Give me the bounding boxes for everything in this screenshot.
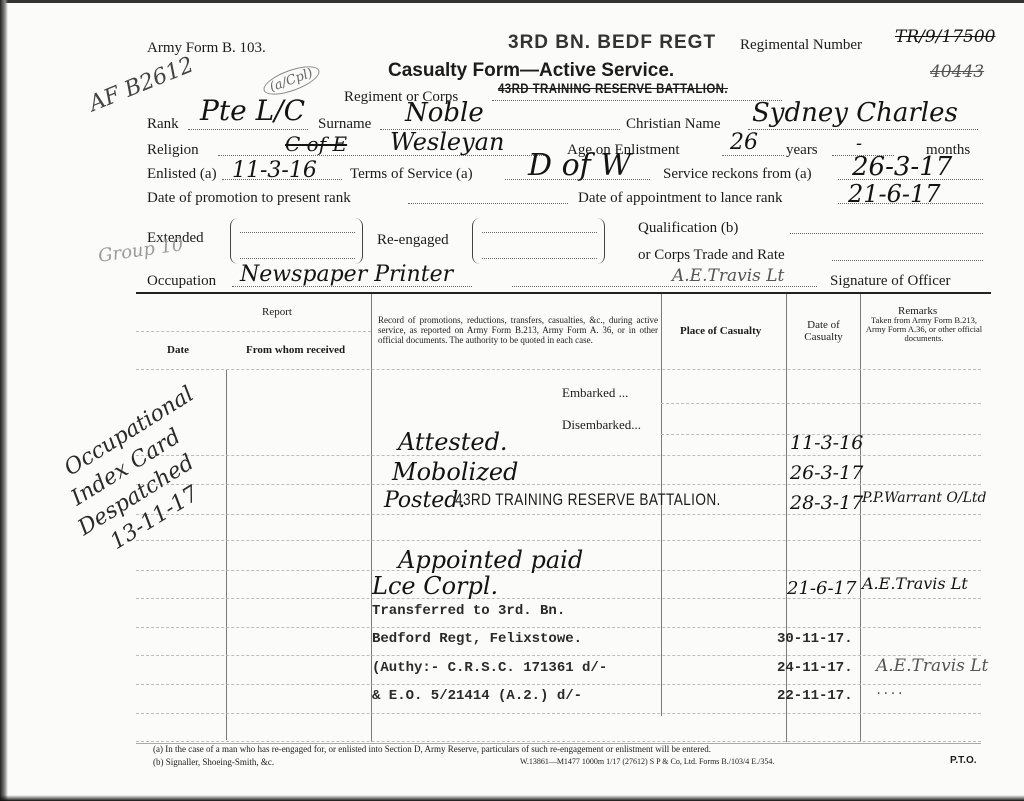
surname-label: Surname <box>318 116 371 133</box>
record-lce-corpl: Lce Corpl. <box>372 572 498 600</box>
terms-value: D of W <box>528 148 631 183</box>
surname-value: Noble <box>405 98 484 128</box>
record-mobilized: Mobolized <box>392 458 518 486</box>
remarks-lce-corpl: A.E.Travis Lt <box>862 574 968 593</box>
disembarked-label: Disembarked... <box>562 417 641 433</box>
regiment-field <box>492 100 782 101</box>
footnote-b: (b) Signaller, Shoeing-Smith, &c. <box>153 757 274 767</box>
enlisted-value: 11-3-16 <box>232 158 317 183</box>
regiment-value-struck: 43RD TRAINING RESERVE BATTALION. <box>498 80 728 96</box>
promotion-date-field <box>408 203 568 204</box>
religion-label: Religion <box>147 142 199 159</box>
row-line <box>136 684 981 685</box>
margin-note: Occupational Index Card Despatched 13-11… <box>60 382 244 555</box>
report-divider <box>136 331 371 332</box>
header-place-casualty: Place of Casualty <box>680 325 761 337</box>
remarks-authority: A.E.Travis Lt <box>876 656 988 676</box>
record-posted: Posted. <box>384 488 465 513</box>
service-reckons-value: 26-3-17 <box>852 152 952 182</box>
signature-label: Signature of Officer <box>830 273 951 290</box>
record-eo: & E.O. 5/21414 (A.2.) d/- <box>372 688 582 704</box>
row-line <box>661 403 981 404</box>
unit-stamp: 3RD BN. BEDF REGT <box>508 32 716 54</box>
christian-name-value: Sydney Charles <box>752 98 958 128</box>
col-divider-datecas <box>860 294 861 742</box>
enlisted-label: Enlisted (a) <box>147 166 217 183</box>
date-attested: 11-3-16 <box>790 432 863 454</box>
header-bottom-line <box>136 369 981 370</box>
form-title: Casualty Form—Active Service. <box>388 60 674 82</box>
date-eo: 22-11-17. <box>777 688 853 704</box>
pto-label: P.T.O. <box>950 755 977 766</box>
scan-bottom-edge <box>0 795 1024 801</box>
form-number: Army Form B. 103. <box>147 40 266 57</box>
row-line <box>136 514 981 515</box>
age-months-value: - <box>856 133 862 154</box>
extended-field-1 <box>240 232 355 233</box>
age-years-field <box>722 155 784 156</box>
margin-reference: AF B2612 <box>86 52 198 117</box>
rank-label: Rank <box>147 116 179 133</box>
reengaged-label: Re-engaged <box>377 232 449 249</box>
christian-name-label: Christian Name <box>626 116 721 133</box>
extended-field-2 <box>240 258 355 259</box>
scan-left-edge <box>0 0 8 801</box>
age-years-value: 26 <box>730 130 758 155</box>
date-posted: 28-3-17 <box>790 492 863 514</box>
record-appointed: Appointed paid <box>398 546 583 574</box>
christian-name-field <box>748 129 978 130</box>
remarks-eo: .... <box>875 684 904 698</box>
remarks-posted: P.P.Warrant O/Ltd <box>862 490 987 506</box>
religion-struck: C of E <box>285 132 347 156</box>
trade-field <box>832 260 983 261</box>
row-line <box>136 627 981 628</box>
date-mobilized: 26-3-17 <box>790 462 863 484</box>
regimental-number-label: Regimental Number <box>740 37 862 54</box>
reengaged-field-1 <box>482 232 597 233</box>
header-date-casualty: Date of Casualty <box>796 319 851 343</box>
service-reckons-label: Service reckons from (a) <box>663 166 812 183</box>
officer-signature: A.E.Travis Lt <box>672 266 784 286</box>
rank-value: Pte L/C <box>200 94 305 127</box>
header-record: Record of promotions, reductions, transf… <box>378 315 658 345</box>
promotion-date-label: Date of promotion to present rank <box>147 190 351 207</box>
header-from-whom: From whom received <box>246 344 345 356</box>
print-reference: W.13861—M1477 1000m 1/17 (27612) S P & C… <box>520 757 774 766</box>
religion-value: Wesleyan <box>390 128 504 156</box>
embarked-label: Embarked ... <box>562 385 628 401</box>
group-annotation: Group 10 <box>97 234 185 267</box>
occupation-value: Newspaper Printer <box>240 262 453 287</box>
record-authority: (Authy:- C.R.S.C. 171361 d/- <box>372 660 607 676</box>
record-bedford: Bedford Regt, Felixstowe. <box>372 631 582 647</box>
row-line <box>136 540 981 541</box>
date-bedford: 30-11-17. <box>777 631 853 647</box>
qualification-field <box>790 233 983 234</box>
record-posted-stamp: 43RD TRAINING RESERVE BATTALION. <box>455 490 721 510</box>
lance-rank-value: 21-6-17 <box>848 180 941 208</box>
rank-field <box>188 129 308 130</box>
row-line <box>136 713 981 714</box>
reengaged-field-2 <box>482 258 597 259</box>
regimental-number-struck: TR/9/17500 <box>895 27 996 47</box>
row-line <box>136 741 981 742</box>
header-remarks-sub: Taken from Army Form B.213, Army Form A.… <box>862 316 986 343</box>
row-line <box>136 655 981 656</box>
row-line <box>136 484 981 485</box>
date-lce-corpl: 21-6-17 <box>787 578 856 599</box>
date-authority: 24-11-17. <box>777 660 853 676</box>
record-transferred: Transferred to 3rd. Bn. <box>372 603 565 619</box>
signature-field <box>512 286 817 287</box>
occupation-label: Occupation <box>147 273 216 290</box>
header-date: Date <box>167 344 189 356</box>
qualification-label: Qualification (b) <box>638 220 738 237</box>
footnote-a: (a) In the case of a man who has re-enga… <box>153 744 711 754</box>
trade-label: or Corps Trade and Rate <box>638 247 785 264</box>
regimental-number-alt: 40443 <box>930 62 984 82</box>
scan-top-edge <box>0 0 1024 3</box>
header-report: Report <box>262 306 292 318</box>
record-attested: Attested. <box>398 428 508 456</box>
years-label: years <box>786 142 818 159</box>
terms-label: Terms of Service (a) <box>350 166 473 183</box>
lance-rank-label: Date of appointment to lance rank <box>578 190 783 207</box>
header-divider <box>136 292 991 294</box>
row-line <box>136 455 981 456</box>
